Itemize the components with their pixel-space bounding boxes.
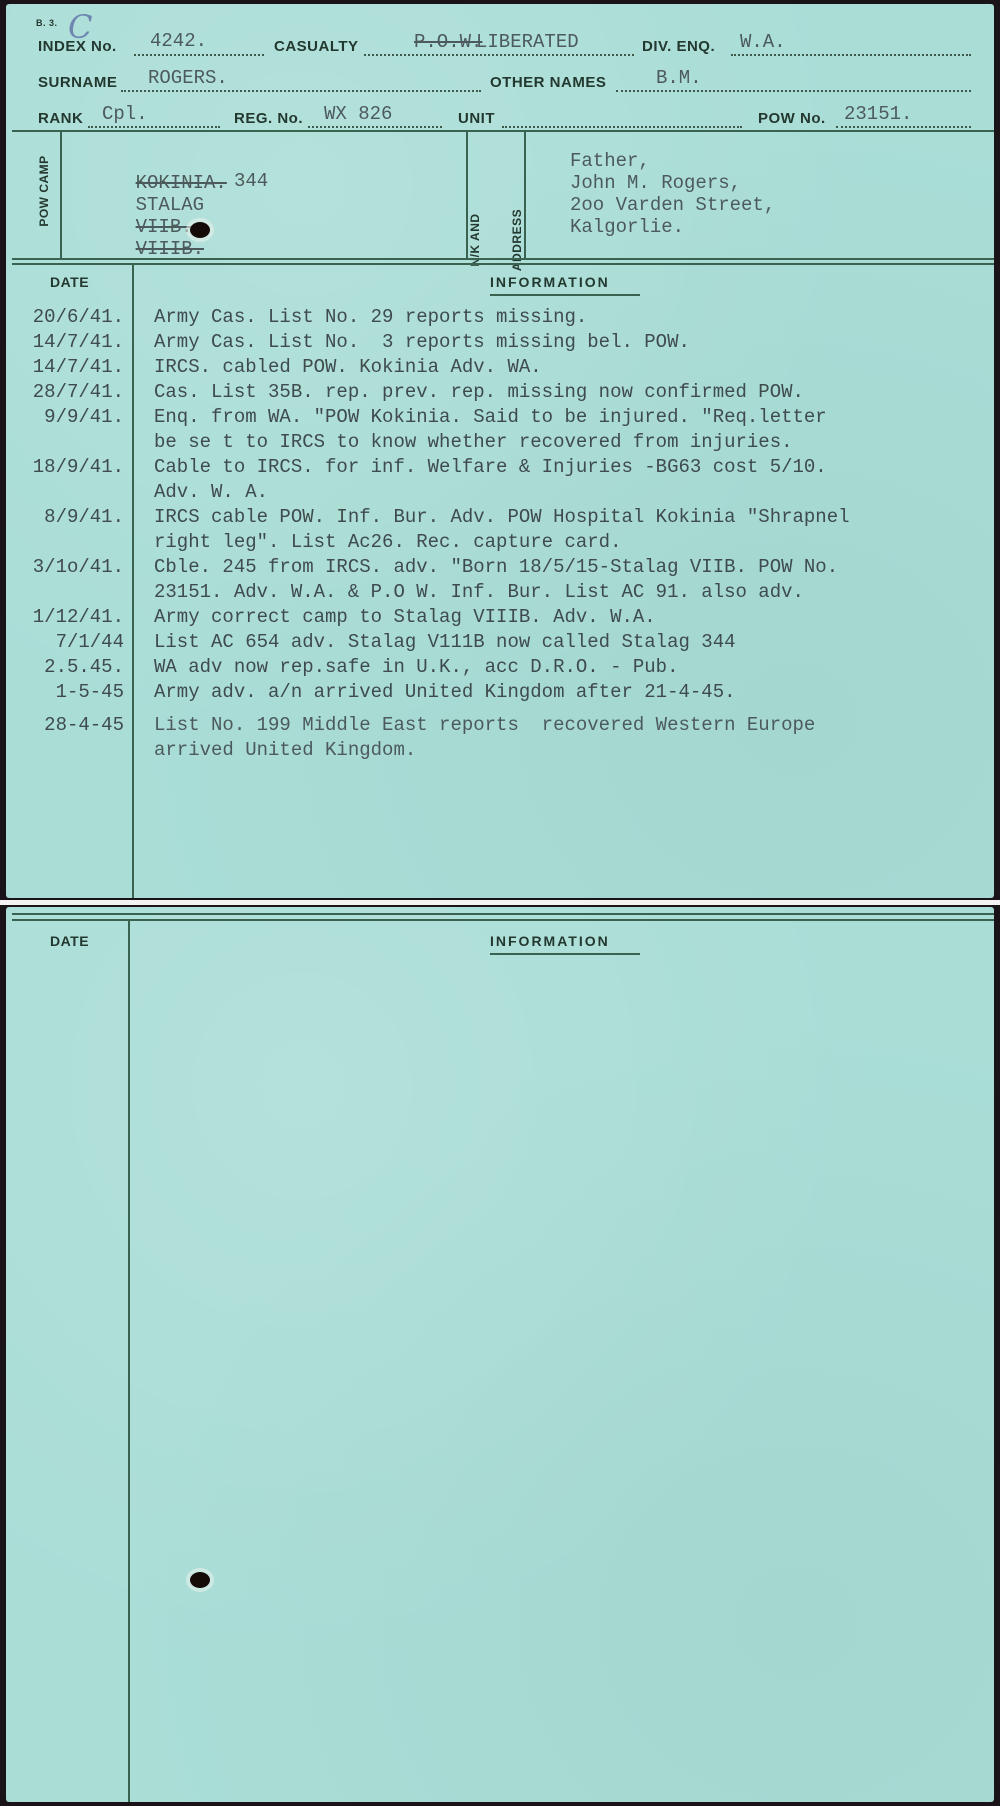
punch-hole bbox=[190, 222, 210, 238]
log-text: Enq. from WA. "POW Kokinia. Said to be i… bbox=[154, 406, 827, 428]
reg-no-label: REG. No. bbox=[234, 110, 303, 127]
log-date: 2.5.45. bbox=[6, 656, 124, 678]
log-text: Army adv. a/n arrived United Kingdom aft… bbox=[154, 681, 736, 703]
div-enq-label: DIV. ENQ. bbox=[642, 38, 715, 55]
log-text: Cble. 245 from IRCS. adv. "Born 18/5/15-… bbox=[154, 556, 838, 578]
other-names-label: OTHER NAMES bbox=[490, 74, 606, 91]
log-text: Cable to IRCS. for inf. Welfare & Injuri… bbox=[154, 456, 827, 478]
log-date: 14/7/41. bbox=[6, 331, 124, 353]
casualty-card-back: DATE INFORMATION bbox=[6, 907, 994, 1802]
rank-value: Cpl. bbox=[102, 103, 148, 125]
date-header: DATE bbox=[50, 933, 89, 949]
log-date: 7/1/44 bbox=[6, 631, 124, 653]
date-header: DATE bbox=[50, 274, 89, 290]
log-text: Adv. W. A. bbox=[154, 481, 268, 503]
log-text: WA adv now rep.safe in U.K., acc D.R.O. … bbox=[154, 656, 679, 678]
log-date: 14/7/41. bbox=[6, 356, 124, 378]
casualty-value: LIBERATED bbox=[476, 31, 579, 53]
log-text: be se t to IRCS to know whether recovere… bbox=[154, 431, 793, 453]
log-text: Cas. List 35B. rep. prev. rep. missing n… bbox=[154, 381, 804, 403]
div-enq-value: W.A. bbox=[740, 31, 786, 53]
log-text: Army correct camp to Stalag VIIIB. Adv. … bbox=[154, 606, 656, 628]
pow-no-label: POW No. bbox=[758, 110, 826, 127]
information-header: INFORMATION bbox=[490, 274, 610, 290]
log-date: 1-5-45 bbox=[6, 681, 124, 703]
log-text: arrived United Kingdom. bbox=[154, 739, 416, 761]
log-date: 1/12/41. bbox=[6, 606, 124, 628]
log-text: IRCS cable POW. Inf. Bur. Adv. POW Hospi… bbox=[154, 506, 850, 528]
information-header: INFORMATION bbox=[490, 933, 610, 949]
log-date: 28-4-45 bbox=[6, 714, 124, 736]
pow-camp-label: POW CAMP bbox=[37, 141, 51, 241]
casualty-card-front: B. 3. C INDEX No. 4242. CASUALTY P.O.W. … bbox=[6, 4, 994, 898]
rule bbox=[12, 130, 994, 132]
log-text: Army Cas. List No. 3 reports missing bel… bbox=[154, 331, 690, 353]
log-text: 23151. Adv. W.A. & P.O W. Inf. Bur. List… bbox=[154, 581, 804, 603]
nk-address-lines: Father,John M. Rogers,2oo Varden Street,… bbox=[570, 150, 775, 238]
unit-label: UNIT bbox=[458, 110, 495, 127]
address-line: Kalgorlie. bbox=[570, 216, 775, 238]
log-text: List No. 199 Middle East reports recover… bbox=[154, 714, 815, 736]
casualty-label: CASUALTY bbox=[274, 38, 359, 55]
log-text: List AC 654 adv. Stalag V111B now called… bbox=[154, 631, 736, 653]
log-text: Army Cas. List No. 29 reports missing. bbox=[154, 306, 587, 328]
pow-no-value: 23151. bbox=[844, 103, 912, 125]
address-line: John M. Rogers, bbox=[570, 172, 775, 194]
surname-value: ROGERS. bbox=[148, 67, 228, 89]
log-date: 3/1o/41. bbox=[6, 556, 124, 578]
card-separator bbox=[0, 900, 1000, 905]
log-text: right leg". List Ac26. Rec. capture card… bbox=[154, 531, 621, 553]
address-line: Father, bbox=[570, 150, 775, 172]
log-date: 20/6/41. bbox=[6, 306, 124, 328]
casualty-struck-value: P.O.W. bbox=[414, 31, 482, 53]
log-date: 8/9/41. bbox=[6, 506, 124, 528]
reg-no-value: WX 826 bbox=[324, 103, 392, 125]
surname-label: SURNAME bbox=[38, 74, 117, 91]
log-date: 28/7/41. bbox=[6, 381, 124, 403]
rank-label: RANK bbox=[38, 110, 83, 127]
log-date: 9/9/41. bbox=[6, 406, 124, 428]
pow-camp-number: 344 bbox=[234, 170, 268, 192]
index-no-label: INDEX No. bbox=[38, 38, 117, 55]
address-line: 2oo Varden Street, bbox=[570, 194, 775, 216]
punch-hole bbox=[190, 1572, 210, 1588]
log-text: IRCS. cabled POW. Kokinia Adv. WA. bbox=[154, 356, 542, 378]
other-names-value: B.M. bbox=[656, 67, 702, 89]
log-date: 18/9/41. bbox=[6, 456, 124, 478]
form-code: B. 3. bbox=[36, 18, 58, 28]
index-no-value: 4242. bbox=[150, 30, 207, 52]
